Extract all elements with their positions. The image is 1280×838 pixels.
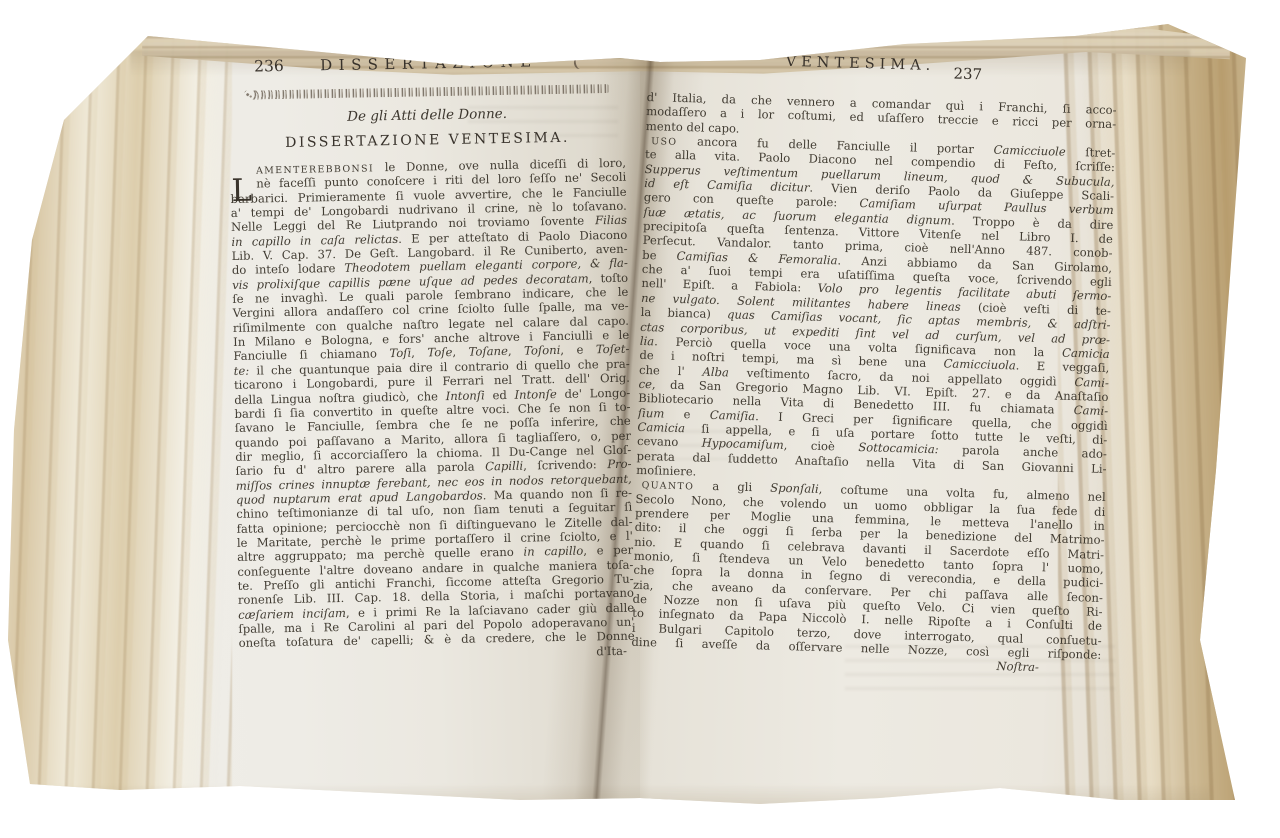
photo-background: 236 DISSERTAZIONE De gli Atti delle Donn… [0, 0, 1280, 838]
left-page-number: 236 [254, 57, 284, 76]
right-running-header: VENTESIMA. [785, 54, 935, 74]
left-body-text: amenterebbonsi le Donne, ove nulla diceſ… [230, 156, 635, 651]
left-page-text: 236 DISSERTAZIONE De gli Atti delle Donn… [228, 51, 635, 665]
ornament-band [244, 84, 608, 100]
section-subtitle: De gli Atti delle Donne. [229, 104, 625, 127]
right-body-text: d' Italia, da che vennero a comandar quì… [631, 90, 1116, 662]
open-book: 236 DISSERTAZIONE De gli Atti delle Donn… [0, 0, 1280, 838]
right-page-text: VENTESIMA. 237 d' Italia, da che vennero… [631, 50, 1118, 677]
right-page-number: 237 [953, 65, 982, 84]
left-running-header: DISSERTAZIONE [320, 52, 538, 74]
section-title: DISSERTAZIONE VENTESIMA. [229, 129, 625, 152]
left-fore-edge-pages [0, 18, 232, 818]
